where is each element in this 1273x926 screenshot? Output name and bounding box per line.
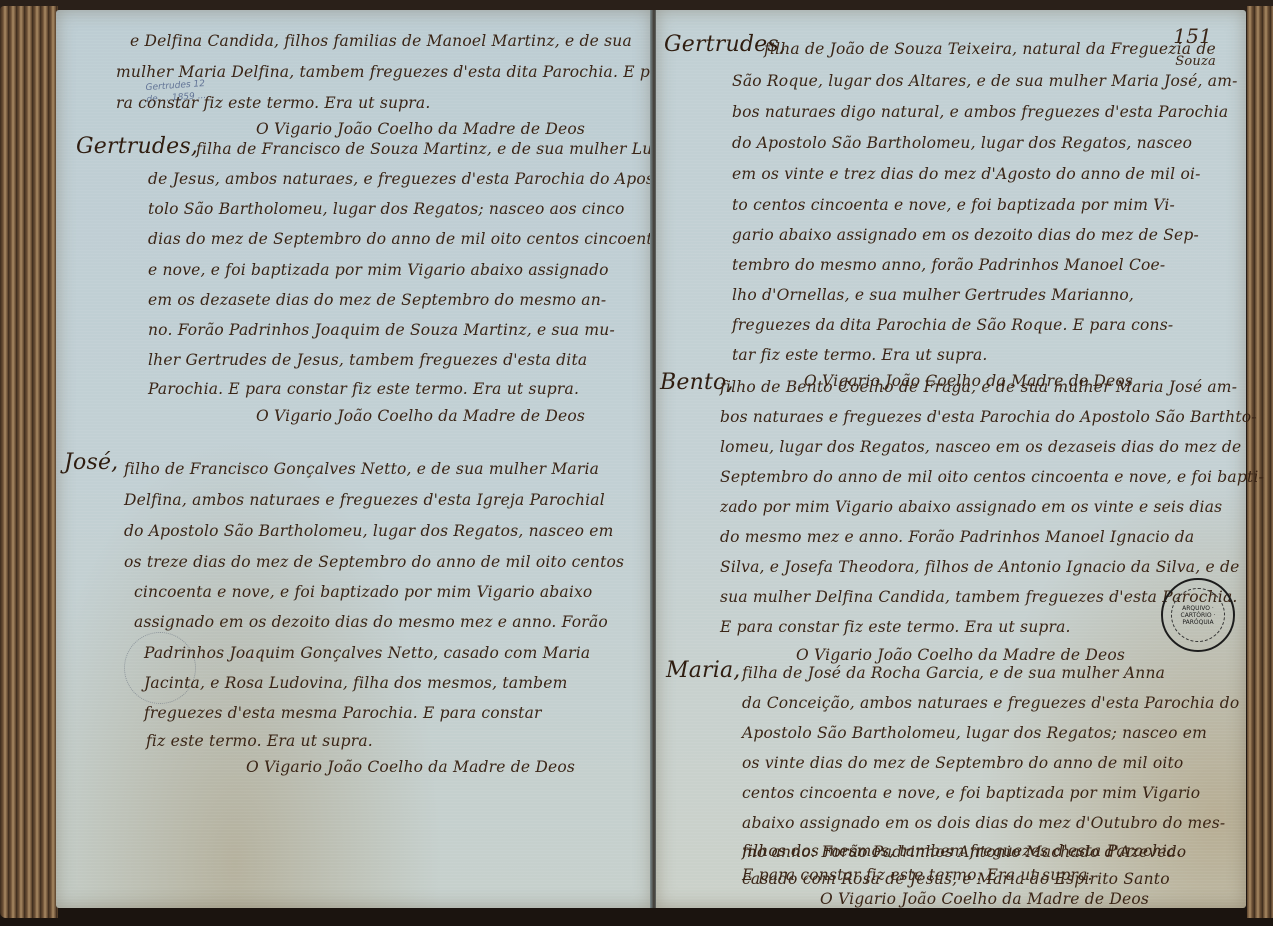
entry-line: zado por mim Vigario abaixo assignado em… bbox=[720, 498, 1222, 516]
entry-line: do mesmo mez e anno. Forão Padrinhos Man… bbox=[720, 528, 1194, 546]
entry-line: tembro do mesmo anno, forão Padrinhos Ma… bbox=[732, 256, 1165, 274]
vicar-signature: O Vigario João Coelho da Madre de Deos bbox=[256, 407, 585, 425]
entry-line: freguezes d'esta mesma Parochia. E para … bbox=[144, 704, 542, 722]
vicar-signature: O Vigario João Coelho da Madre de Deos bbox=[796, 646, 1125, 664]
entry-line: bos naturaes digo natural, e ambos fregu… bbox=[732, 103, 1228, 121]
entry-line: sua mulher Delfina Candida, tambem fregu… bbox=[720, 588, 1238, 606]
vicar-signature: O Vigario João Coelho da Madre de Deos bbox=[246, 758, 575, 776]
entry-line: cincoenta e nove, e foi baptizado por mi… bbox=[134, 583, 592, 601]
entry-name: Maria, bbox=[666, 658, 741, 683]
entry-line: Parochia. E para constar fiz este termo.… bbox=[148, 380, 579, 398]
entry-line: filho de Bento Coelho de Fraga, e de sua… bbox=[720, 378, 1237, 396]
entry-line: abaixo assignado em os dois dias do mez … bbox=[742, 814, 1225, 832]
entry-line: to centos cincoenta e nove, e foi baptiz… bbox=[732, 196, 1175, 214]
vicar-signature: O Vigario João Coelho da Madre de Deos bbox=[256, 120, 585, 138]
entry-name: Gertrudes, bbox=[76, 134, 198, 159]
page-edges-right bbox=[1247, 6, 1273, 918]
entry-line: os treze dias do mez de Septembro do ann… bbox=[124, 553, 624, 571]
faint-stamp-icon bbox=[124, 632, 196, 704]
page-edges-left bbox=[0, 6, 58, 918]
left-page: Gertrudes 12 de ... 1859 ... e Delfina C… bbox=[56, 10, 652, 908]
entry-line: São Roque, lugar dos Altares, e de sua m… bbox=[732, 72, 1238, 90]
entry-line: da Conceição, ambos naturaes e freguezes… bbox=[742, 694, 1239, 712]
entry-line: filho de Francisco Gonçalves Netto, e de… bbox=[124, 460, 599, 478]
entry-line: assignado em os dezoito dias do mesmo me… bbox=[134, 613, 608, 631]
entry-line: em os vinte e trez dias do mez d'Agosto … bbox=[732, 165, 1201, 183]
entry-line: e Delfina Candida, filhos familias de Ma… bbox=[130, 32, 632, 50]
entry-line: Septembro do anno de mil oito centos cin… bbox=[720, 468, 1264, 486]
entry-line: ra constar fiz este termo. Era ut supra. bbox=[116, 94, 430, 112]
entry-line: fiz este termo. Era ut supra. bbox=[146, 732, 373, 750]
entry-line: tar fiz este termo. Era ut supra. bbox=[732, 346, 988, 364]
open-register-book: Gertrudes 12 de ... 1859 ... e Delfina C… bbox=[0, 0, 1273, 926]
entry-line: E para constar fiz este termo. Era ut su… bbox=[720, 618, 1071, 636]
entry-line: filha de João de Souza Teixeira, natural… bbox=[764, 40, 1216, 58]
archive-stamp-icon: ARQUIVO · CARTÓRIO · PARÓQUIA bbox=[1161, 578, 1235, 652]
entry-line: no. Forão Padrinhos Joaquim de Souza Mar… bbox=[148, 321, 615, 339]
entry-line: gario abaixo assignado em os dezoito dia… bbox=[732, 226, 1199, 244]
vicar-signature: O Vigario João Coelho da Madre de Deos bbox=[820, 890, 1149, 908]
right-page: 151 Souza Gertrudes, filha de João de So… bbox=[656, 10, 1246, 908]
entry-line: Silva, e Josefa Theodora, filhos de Anto… bbox=[720, 558, 1240, 576]
entry-line: filha de José da Rocha Garcia, e de sua … bbox=[742, 664, 1165, 682]
entry-line: Apostolo São Bartholomeu, lugar dos Rega… bbox=[742, 724, 1207, 742]
entry-line: E para constar fiz este termo. Era ut su… bbox=[742, 866, 1093, 884]
entry-line: Padrinhos Joaquim Gonçalves Netto, casad… bbox=[144, 644, 590, 662]
entry-line: filha de Francisco de Souza Martinz, e d… bbox=[196, 140, 675, 158]
entry-line: os vinte dias do mez de Septembro do ann… bbox=[742, 754, 1183, 772]
entry-line: dias do mez de Septembro do anno de mil … bbox=[148, 230, 662, 248]
entry-line: tolo São Bartholomeu, lugar dos Regatos;… bbox=[148, 200, 625, 218]
entry-line: Delfina, ambos naturaes e freguezes d'es… bbox=[124, 491, 605, 509]
entry-name: José, bbox=[64, 450, 118, 475]
entry-line: de Jesus, ambos naturaes, e freguezes d'… bbox=[148, 170, 659, 188]
entry-line: lomeu, lugar dos Regatos, nasceo em os d… bbox=[720, 438, 1241, 456]
entry-line: Jacinta, e Rosa Ludovina, filha dos mesm… bbox=[144, 674, 568, 692]
entry-line: bos naturaes e freguezes d'esta Parochia… bbox=[720, 408, 1257, 426]
entry-line: em os dezasete dias do mez de Septembro … bbox=[148, 291, 606, 309]
entry-line: do Apostolo São Bartholomeu, lugar dos R… bbox=[732, 134, 1192, 152]
entry-line: lho d'Ornellas, e sua mulher Gertrudes M… bbox=[732, 286, 1134, 304]
entry-line: filhos dos mesmos, tambem freguezes d'es… bbox=[742, 842, 1182, 860]
entry-line: e nove, e foi baptizada por mim Vigario … bbox=[148, 261, 609, 279]
entry-line: centos cincoenta e nove, e foi baptizada… bbox=[742, 784, 1200, 802]
entry-line: mulher Maria Delfina, tambem freguezes d… bbox=[116, 63, 665, 81]
entry-line: do Apostolo São Bartholomeu, lugar dos R… bbox=[124, 522, 614, 540]
entry-line: lher Gertrudes de Jesus, tambem fregueze… bbox=[148, 351, 587, 369]
entry-line: freguezes da dita Parochia de São Roque.… bbox=[732, 316, 1173, 334]
